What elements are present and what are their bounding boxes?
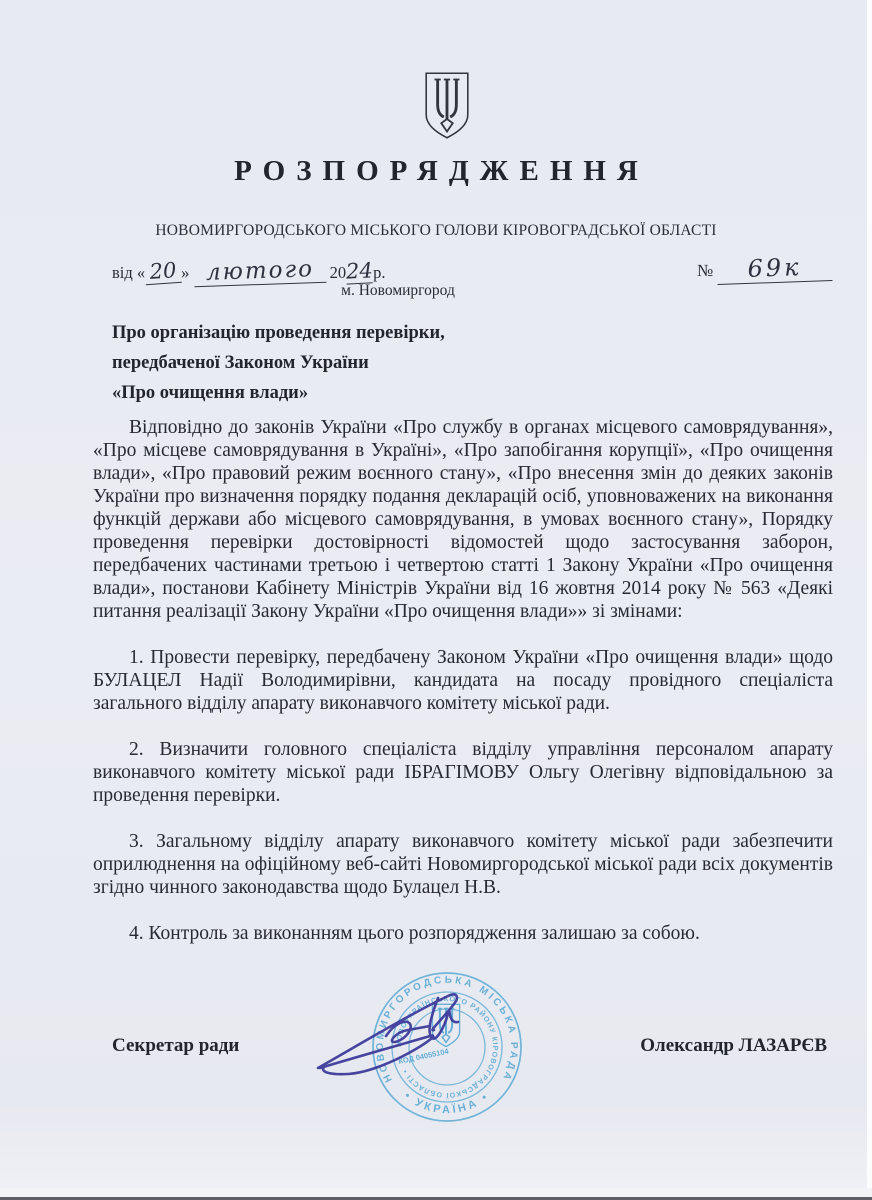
- handwritten-number: 69к: [717, 252, 833, 285]
- coat-of-arms-trident-icon: [421, 71, 473, 140]
- order-item-4: 4. Контроль за виконанням цього розпоряд…: [93, 922, 833, 945]
- date-prefix: від «: [112, 263, 145, 282]
- order-item-3: 3. Загальному відділу апарату виконавчог…: [93, 830, 833, 899]
- subject-line-2: передбаченої Законом України: [112, 348, 445, 378]
- order-item-1: 1. Провести перевірку, передбачену Закон…: [93, 646, 833, 715]
- date-close-quote: »: [181, 263, 189, 282]
- handwritten-year: 24: [346, 258, 373, 284]
- order-item-2: 2. Визначити головного спеціаліста відді…: [93, 738, 833, 807]
- issuer-line: НОВОМИРГОРОДСЬКОГО МІСЬКОГО ГОЛОВИ КІРОВ…: [0, 222, 872, 240]
- place-line: м. Новомиргород: [0, 282, 834, 300]
- year-prefix: 20: [330, 263, 347, 282]
- document-title: РОЗПОРЯДЖЕННЯ: [0, 155, 872, 188]
- intro-paragraph: Відповідно до законів України «Про служб…: [93, 416, 833, 623]
- signer-role: Секретар ради: [112, 1035, 239, 1057]
- subject-block: Про організацію проведення перевірки, пе…: [112, 318, 445, 408]
- year-r: р.: [373, 263, 385, 282]
- subject-line-1: Про організацію проведення перевірки,: [112, 318, 445, 348]
- scanned-document-page: РОЗПОРЯДЖЕННЯ НОВОМИРГОРОДСЬКОГО МІСЬКОГ…: [0, 0, 872, 1200]
- subject-line-3: «Про очищення влади»: [112, 378, 445, 408]
- scan-edge-bottom-light: [0, 1188, 872, 1197]
- document-number: № 69к: [697, 254, 832, 283]
- handwritten-signature: [290, 980, 490, 1080]
- signer-name: Олександр ЛАЗАРЄВ: [640, 1035, 827, 1057]
- date-line: від «20» лютого 2024р.: [112, 258, 386, 285]
- number-sign: №: [697, 261, 713, 280]
- document-body: Відповідно до законів України «Про служб…: [93, 416, 833, 968]
